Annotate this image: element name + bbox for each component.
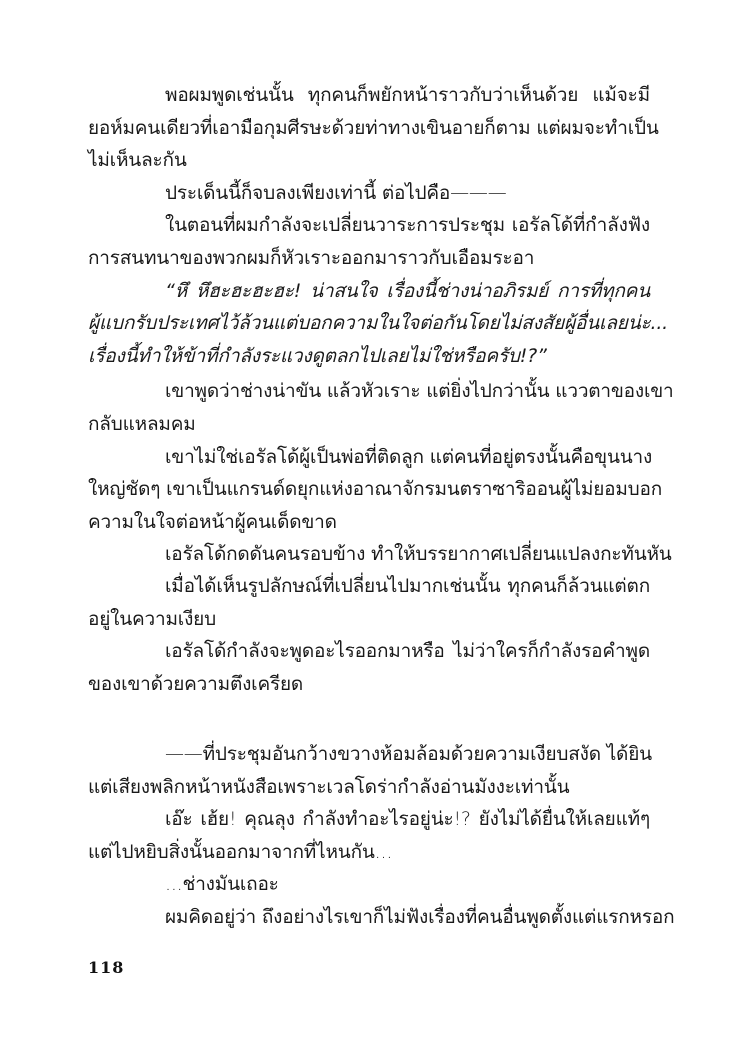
- dialogue-line: “หึ หึฮะฮะฮะฮะ! น่าสนใจ เรื่องนี้ช่างน่า…: [165, 278, 650, 304]
- text-line: เอรัลโด้กดดันคนรอบข้าง ทำให้บรรยากาศเปลี…: [165, 541, 650, 567]
- dialogue-line: เรื่องนี้ทำให้ข้าที่กำลังระแวงดูตลกไปเลย…: [88, 343, 650, 369]
- text-line: การสนทนาของพวกผมก็หัวเราะออกมาราวกับเอือ…: [88, 245, 650, 271]
- text-line: ไม่เห็นละกัน: [88, 147, 650, 173]
- text-line: ประเด็นนี้ก็จบลงเพียงเท่านี้ ต่อไปคือ———: [165, 180, 650, 206]
- text-line: พอผมพูดเช่นนั้น ทุกคนก็พยักหน้าราวกับว่า…: [165, 82, 650, 108]
- text-line: ใหญ่ชัดๆ เขาเป็นแกรนด์ดยุกแห่งอาณาจักรมน…: [88, 476, 650, 502]
- dialogue-line: ผู้แบกรับประเทศไว้ล้วนแต่บอกความในใจต่อก…: [88, 310, 650, 336]
- text-line: เอรัลโด้กำลังจะพูดอะไรออกมาหรือ ไม่ว่าใค…: [165, 638, 650, 664]
- text-line: เขาพูดว่าช่างน่าขัน แล้วหัวเราะ แต่ยิ่งไ…: [165, 378, 650, 404]
- text-line: ในตอนที่ผมกำลังจะเปลี่ยนวาระการประชุม เอ…: [165, 212, 650, 238]
- text-line: กลับแหลมคม: [88, 411, 650, 437]
- page-number: 118: [88, 958, 124, 977]
- text-line: เขาไม่ใช่เอรัลโด้ผู้เป็นพ่อที่ติดลูก แต่…: [165, 444, 650, 470]
- book-page: พอผมพูดเช่นนั้น ทุกคนก็พยักหน้าราวกับว่า…: [0, 0, 738, 1051]
- text-line: ผมคิดอยู่ว่า ถึงอย่างไรเขาก็ไม่ฟังเรื่อง…: [165, 904, 650, 930]
- text-line: แต่ไปหยิบสิ่งนั้นออกมาจากที่ไหนกัน...: [88, 839, 650, 865]
- text-line: เมื่อได้เห็นรูปลักษณ์ที่เปลี่ยนไปมากเช่น…: [165, 573, 650, 599]
- text-line: อยู่ในความเงียบ: [88, 606, 650, 632]
- text-line: ความในใจต่อหน้าผู้คนเด็ดขาด: [88, 509, 650, 535]
- text-line: ——ที่ประชุมอันกว้างขวางห้อมล้อมด้วยความเ…: [165, 741, 650, 767]
- text-line: แต่เสียงพลิกหน้าหนังสือเพราะเวลโดร่ากำลั…: [88, 774, 650, 800]
- text-line: ...ช่างมันเถอะ: [165, 871, 650, 897]
- text-line: ของเขาด้วยความตึงเครียด: [88, 671, 650, 697]
- text-line: ยอห์มคนเดียวที่เอามือกุมศีรษะด้วยท่าทางเ…: [88, 115, 650, 141]
- text-line: เอ๊ะ เฮ้ย! คุณลุง กำลังทำอะไรอยู่น่ะ!? ย…: [165, 806, 650, 832]
